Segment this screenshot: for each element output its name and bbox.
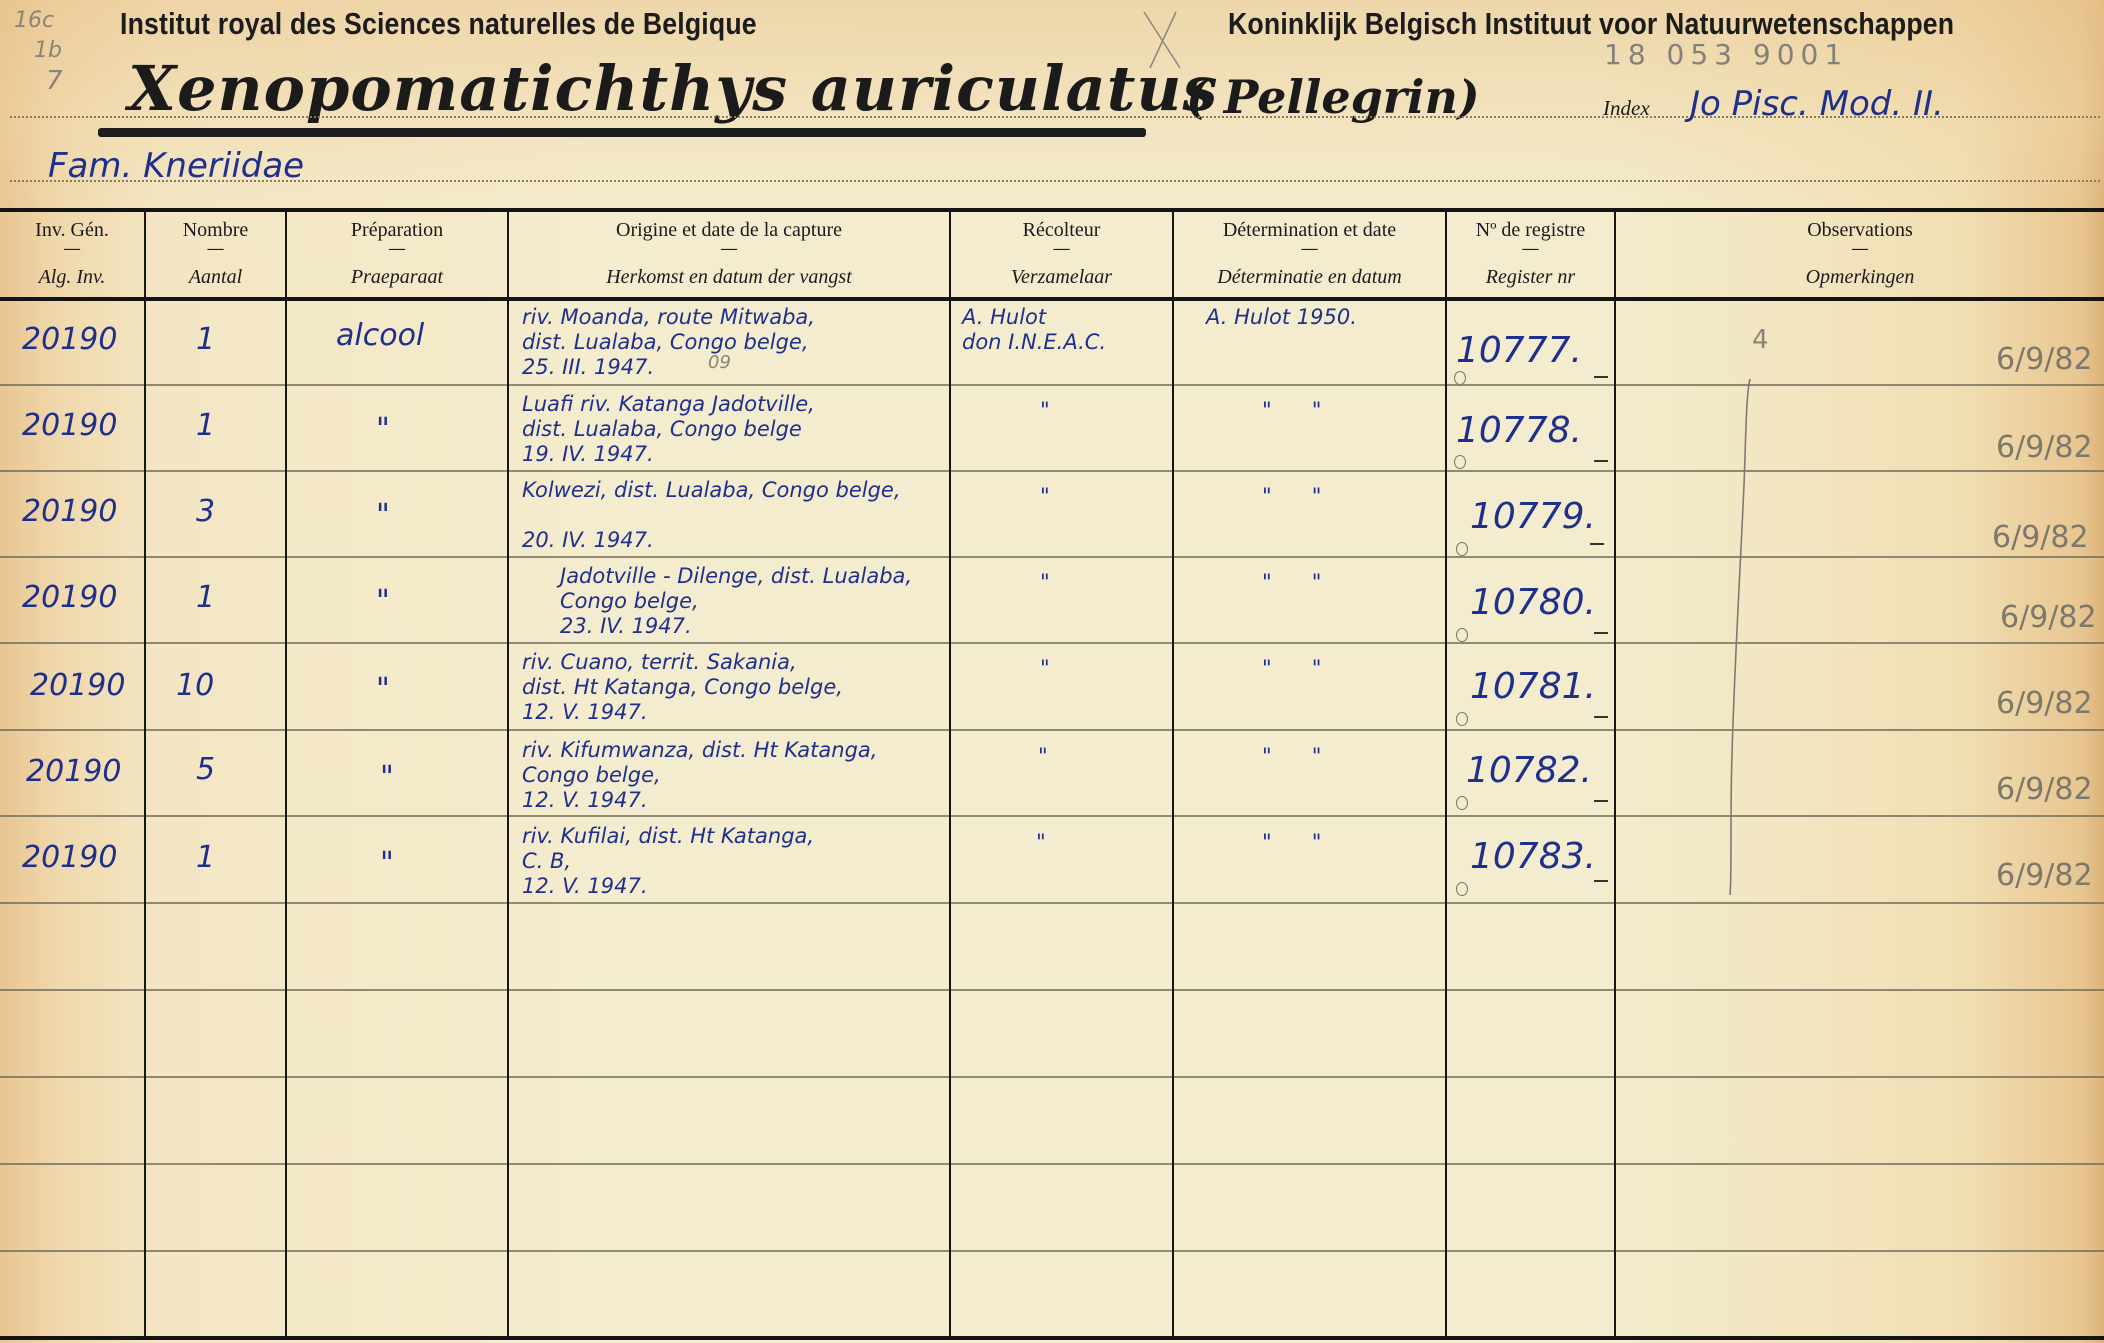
cell-nombre: 1	[196, 840, 215, 875]
column-header-recolteur: Récolteur—Verzamelaar	[951, 215, 1172, 299]
dash-mark	[1590, 543, 1604, 545]
dash-mark	[1594, 880, 1608, 882]
column-divider	[1614, 210, 1616, 1340]
cell-recolteur: "	[1040, 570, 1050, 595]
column-header-observations: Observations—Opmerkingen	[1616, 215, 2104, 299]
cell-observation-date: 6/9/82	[1996, 858, 2093, 893]
circle-mark	[1454, 371, 1466, 385]
column-divider	[1172, 210, 1174, 1340]
table-bottom-rule	[0, 1336, 2104, 1340]
cell-determination: " "	[1262, 398, 1321, 422]
circle-mark	[1456, 628, 1468, 642]
circle-mark	[1456, 882, 1468, 896]
index-value: Jo Pisc. Mod. II.	[1690, 84, 1944, 124]
cell-determination: " "	[1262, 744, 1321, 768]
cell-nombre: 1	[196, 408, 215, 443]
margin-note-1: 16c	[14, 8, 54, 33]
cell-observation-date: 6/9/82	[1996, 772, 2093, 807]
cell-origine: Kolwezi, dist. Lualaba, Congo belge, 20.…	[522, 478, 901, 553]
cell-preparation: "	[376, 584, 390, 619]
column-divider	[949, 210, 951, 1340]
row-rule	[0, 729, 2104, 731]
species-underline	[98, 128, 1146, 137]
table-top-rule	[0, 208, 2104, 212]
cell-observation-date: 6/9/82	[1996, 686, 2093, 721]
cell-preparation: "	[380, 846, 394, 881]
margin-note-2: 1b	[34, 38, 62, 63]
cell-registre: 10781.	[1470, 666, 1596, 707]
cell-inv: 20190	[22, 494, 117, 529]
cell-origine: riv. Moanda, route Mitwaba, dist. Lualab…	[522, 305, 815, 380]
cell-preparation: "	[376, 672, 390, 707]
cell-preparation: "	[380, 760, 394, 795]
row-rule	[0, 556, 2104, 558]
cell-origine-pencil: 09	[708, 352, 731, 373]
species-name: Xenopomatichthys auriculatus	[128, 52, 1218, 125]
institute-name-nl: Koninklijk Belgisch Instituut voor Natuu…	[1228, 6, 1954, 42]
column-header-origine: Origine et date de la capture—Herkomst e…	[509, 215, 949, 299]
circle-mark	[1456, 542, 1468, 556]
cell-recolteur: "	[1040, 484, 1050, 509]
dash-mark	[1594, 632, 1608, 634]
institute-name-fr: Institut royal des Sciences naturelles d…	[120, 6, 757, 42]
cell-nombre: 1	[196, 322, 215, 357]
cell-origine: riv. Kifumwanza, dist. Ht Katanga, Congo…	[522, 738, 877, 813]
cell-recolteur: "	[1036, 830, 1046, 855]
column-header-inv: Inv. Gén.—Alg. Inv.	[0, 215, 144, 299]
row-rule	[0, 384, 2104, 386]
index-label: Index	[1603, 96, 1650, 121]
cell-observation-mark: 4	[1752, 325, 1769, 355]
cell-registre: 10782.	[1466, 750, 1592, 791]
row-rule	[0, 642, 2104, 644]
cell-recolteur: A. Hulot don I.N.E.A.C.	[962, 305, 1106, 355]
cell-recolteur: "	[1038, 744, 1048, 769]
cell-registre: 10778.	[1456, 410, 1582, 451]
cell-nombre: 1	[196, 580, 215, 615]
column-divider	[285, 210, 287, 1340]
cell-observation-date: 6/9/82	[1992, 520, 2089, 555]
cell-origine: Jadotville - Dilenge, dist. Lualaba, Con…	[560, 564, 912, 639]
cell-observation-date: 6/9/82	[1996, 430, 2093, 465]
column-header-nombre: Nombre—Aantal	[146, 215, 285, 299]
pencil-register-number: 18 053 9001	[1604, 38, 1848, 71]
column-header-preparation: Préparation—Praeparaat	[287, 215, 507, 299]
cell-inv: 20190	[22, 840, 117, 875]
column-header-registre: Nº de registre—Register nr	[1447, 215, 1614, 299]
row-rule	[0, 989, 2104, 991]
column-divider	[507, 210, 509, 1340]
column-divider	[144, 210, 146, 1340]
cell-inv: 20190	[22, 408, 117, 443]
cell-preparation: alcool	[336, 318, 424, 353]
circle-mark	[1456, 796, 1468, 810]
row-rule	[0, 815, 2104, 817]
cell-registre: 10779.	[1470, 496, 1596, 537]
cell-recolteur: "	[1040, 656, 1050, 681]
cell-origine: riv. Kufilai, dist. Ht Katanga, C. B, 12…	[522, 824, 814, 899]
cell-nombre: 10	[176, 668, 214, 703]
dash-mark	[1594, 376, 1608, 378]
cell-recolteur: "	[1040, 398, 1050, 423]
cell-nombre: 3	[196, 494, 215, 529]
dash-mark	[1594, 800, 1608, 802]
cell-registre: 10777.	[1456, 330, 1582, 371]
cell-inv: 20190	[26, 754, 121, 789]
cell-nombre: 5	[196, 752, 215, 787]
cell-origine: Luafi riv. Katanga Jadotville, dist. Lua…	[522, 392, 815, 467]
cell-determination: " "	[1262, 570, 1321, 594]
cell-inv: 20190	[30, 668, 125, 703]
cell-observation-date: 6/9/82	[1996, 342, 2093, 377]
row-rule	[0, 1250, 2104, 1252]
row-rule	[0, 470, 2104, 472]
circle-mark	[1454, 455, 1466, 469]
cell-inv: 20190	[22, 322, 117, 357]
cell-observation-date: 6/9/82	[2000, 600, 2097, 635]
cell-preparation: "	[376, 498, 390, 533]
column-divider	[1445, 210, 1447, 1340]
dash-mark	[1594, 460, 1608, 462]
row-rule	[0, 1163, 2104, 1165]
circle-mark	[1456, 712, 1468, 726]
dash-mark	[1594, 716, 1608, 718]
pencil-bracket-line	[1720, 375, 1760, 905]
cell-inv: 20190	[22, 580, 117, 615]
margin-note-3: 7	[46, 66, 63, 96]
dotted-line-family	[10, 180, 2100, 182]
cell-determination: " "	[1262, 830, 1321, 854]
cell-origine: riv. Cuano, territ. Sakania, dist. Ht Ka…	[522, 650, 843, 725]
cell-determination: " "	[1262, 656, 1321, 680]
cell-registre: 10783.	[1470, 836, 1596, 877]
cell-determination: A. Hulot 1950.	[1206, 305, 1357, 329]
row-rule	[0, 1076, 2104, 1078]
cell-registre: 10780.	[1470, 582, 1596, 623]
cell-preparation: "	[376, 412, 390, 447]
row-rule	[0, 902, 2104, 904]
column-header-determination: Détermination et date—Déterminatie en da…	[1174, 215, 1445, 299]
cell-determination: " "	[1262, 484, 1321, 508]
